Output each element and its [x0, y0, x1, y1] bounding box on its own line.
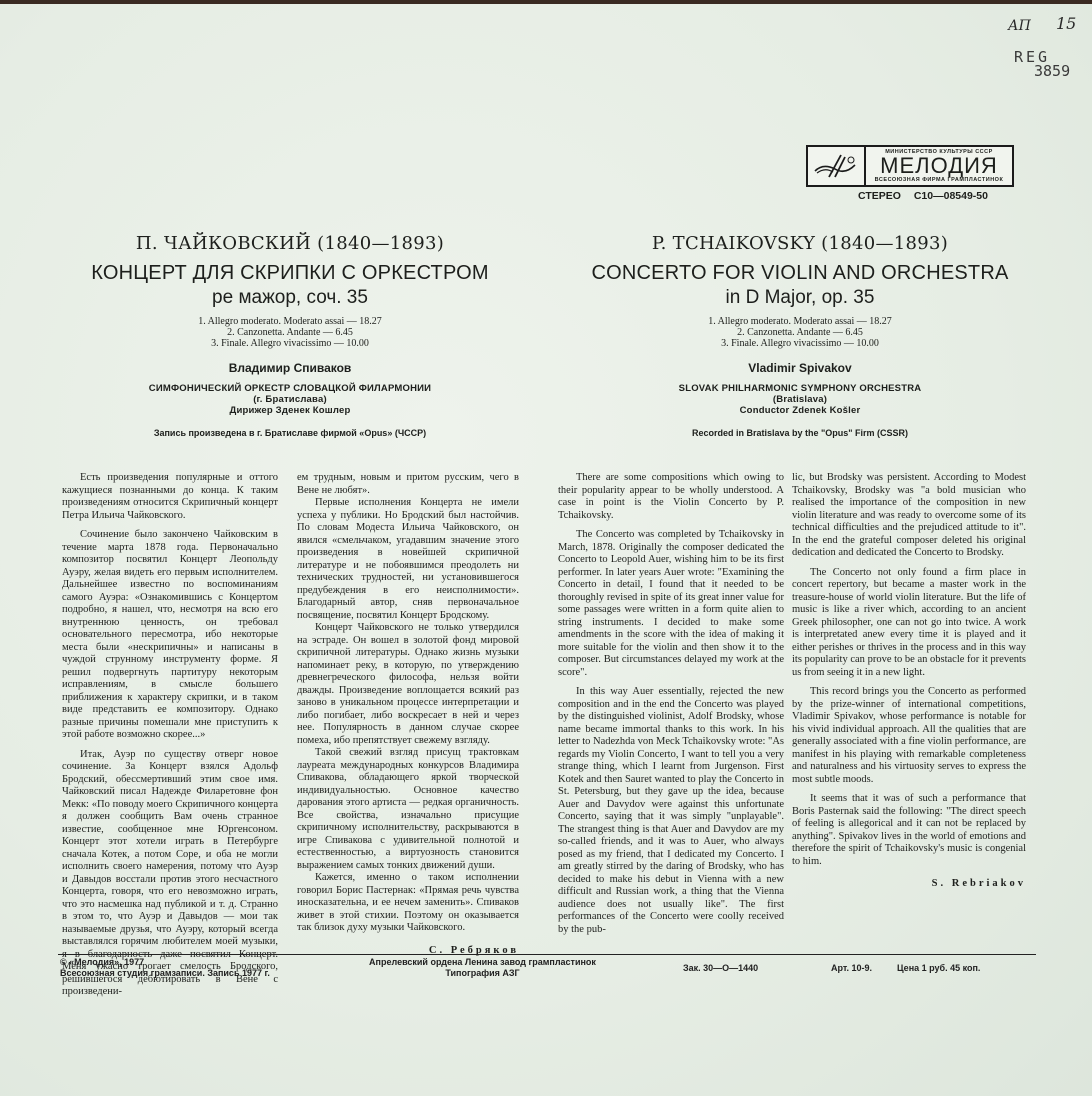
footer-article: Арт. 10-9.: [831, 963, 872, 974]
notes-paragraph: ем трудным, новым и притом русским, чего…: [297, 472, 519, 497]
work-title-ru: КОНЦЕРТ ДЛЯ СКРИПКИ С ОРКЕСТРОМ: [60, 260, 520, 286]
composer-years-ru: (1840—1893): [317, 233, 444, 254]
track-item: 3. Finale. Allegro vivacissimo — 10.00: [560, 338, 1040, 349]
registration-number: 3859: [1012, 64, 1092, 78]
composer-heading-ru: П. ЧАЙКОВСКИЙ (1840—1893): [60, 232, 520, 256]
notes-paragraph: In this way Auer essentially, rejected t…: [558, 686, 784, 936]
orchestra-credits-ru: СИМФОНИЧЕСКИЙ ОРКЕСТР СЛОВАЦКОЙ ФИЛАРМОН…: [60, 383, 520, 416]
melodiya-emblem-icon: [808, 147, 866, 185]
orchestra-city-ru: (г. Братислава): [60, 394, 520, 405]
notes-paragraph: lic, but Brodsky was persistent. Accordi…: [792, 472, 1026, 560]
soloist-en: Vladimir Spivakov: [560, 361, 1040, 375]
handwritten-note: АП: [1008, 18, 1031, 34]
notes-ru-column-1: Есть произведения популярные и оттого ка…: [62, 472, 278, 999]
footer-studio: Всесоюзная студия грамзаписи. Запись 197…: [60, 968, 270, 979]
track-item: 1. Allegro moderato. Moderato assai — 18…: [560, 316, 1040, 327]
work-title-en: CONCERTO FOR VIOLIN AND ORCHESTRA: [560, 260, 1040, 286]
track-item: 1. Allegro moderato. Moderato assai — 18…: [60, 316, 520, 327]
composer-heading-en: P. TCHAIKOVSKY (1840—1893): [560, 232, 1040, 256]
track-item: 2. Canzonetta. Andante — 6.45: [60, 327, 520, 338]
signature-en: S. Rebriakov: [792, 878, 1026, 891]
catalog-number: С10—08549-50: [914, 190, 988, 202]
footer-copyright-block: © «Мелодия», 1977 Всесоюзная студия грам…: [60, 957, 270, 979]
notes-paragraph: Первые исполнения Концерта не имели успе…: [297, 497, 519, 622]
soloist-ru: Владимир Спиваков: [60, 361, 520, 375]
track-list-ru: 1. Allegro moderato. Moderato assai — 18…: [60, 316, 520, 349]
orchestra-name-ru: СИМФОНИЧЕСКИЙ ОРКЕСТР СЛОВАЦКОЙ ФИЛАРМОН…: [60, 383, 520, 394]
notes-paragraph: There are some compositions which owing …: [558, 472, 784, 522]
notes-paragraph: The Concerto not only found a firm place…: [792, 567, 1026, 680]
track-item: 3. Finale. Allegro vivacissimo — 10.00: [60, 338, 520, 349]
recording-note-en: Recorded in Bratislava by the "Opus" Fir…: [560, 428, 1040, 438]
logo-brand: МЕЛОДИЯ: [880, 155, 998, 177]
notes-paragraph: It seems that it was of such a performan…: [792, 793, 1026, 868]
composer-name-ru: П. ЧАЙКОВСКИЙ: [136, 233, 311, 254]
work-key-ru: ре мажор, соч. 35: [60, 286, 520, 310]
recording-note-ru: Запись произведена в г. Братиславе фирмо…: [60, 428, 520, 438]
track-item: 2. Canzonetta. Andante — 6.45: [560, 327, 1040, 338]
footer-printer: Типография АЗГ: [345, 968, 620, 979]
orchestra-name-en: SLOVAK PHILHARMONIC SYMPHONY ORCHESTRA: [560, 383, 1040, 394]
registration-stamp: REG 3859: [1012, 50, 1092, 78]
track-list-en: 1. Allegro moderato. Moderato assai — 18…: [560, 316, 1040, 349]
orchestra-city-en: (Bratislava): [560, 394, 1040, 405]
notes-paragraph: Сочинение было закончено Чайковским в те…: [62, 529, 278, 742]
composer-years-en: (1840—1893): [821, 233, 948, 254]
notes-ru-column-2: ем трудным, новым и притом русским, чего…: [297, 472, 519, 964]
footer-plant: Апрелевский ордена Ленина завод грамплас…: [345, 957, 620, 968]
logo-subtitle: ВСЕСОЮЗНАЯ ФИРМА ГРАМПЛАСТИНОК: [875, 177, 1004, 183]
conductor-en: Conductor Zdenek Košler: [560, 405, 1040, 416]
notes-en-column-2: lic, but Brodsky was persistent. Accordi…: [792, 472, 1026, 898]
record-back-cover: АП 15 REG 3859 МИНИСТЕРСТВО КУЛЬТУРЫ ССС…: [0, 0, 1092, 1096]
footer-order: Зак. 30—О—1440: [683, 963, 758, 974]
notes-paragraph: Такой свежий взгляд присущ трактовкам ла…: [297, 747, 519, 872]
notes-paragraph: Есть произведения популярные и оттого ка…: [62, 472, 278, 522]
notes-paragraph: Концерт Чайковского не только утвердился…: [297, 622, 519, 747]
notes-en-column-1: There are some compositions which owing …: [558, 472, 784, 936]
format-label: СТЕРЕО: [858, 190, 901, 202]
notes-paragraph: Кажется, именно о таком исполнении говор…: [297, 872, 519, 935]
catalog-line: СТЕРЕО С10—08549-50: [858, 190, 988, 202]
footer-copyright: © «Мелодия», 1977: [60, 957, 270, 968]
orchestra-credits-en: SLOVAK PHILHARMONIC SYMPHONY ORCHESTRA (…: [560, 383, 1040, 416]
cover-top-edge: [0, 0, 1092, 4]
conductor-ru: Дирижер Зденек Кошлер: [60, 405, 520, 416]
footer-plant-block: Апрелевский ордена Ленина завод грамплас…: [345, 957, 620, 979]
russian-title-block: П. ЧАЙКОВСКИЙ (1840—1893) КОНЦЕРТ ДЛЯ СК…: [60, 232, 520, 438]
melodiya-logo: МИНИСТЕРСТВО КУЛЬТУРЫ СССР МЕЛОДИЯ ВСЕСО…: [806, 145, 1014, 187]
composer-name-en: P. TCHAIKOVSKY: [652, 233, 815, 254]
footer-divider: [58, 954, 1036, 955]
notes-paragraph: The Concerto was completed by Tchaikovsk…: [558, 529, 784, 679]
signature-ru: С. Ребряков: [297, 945, 519, 958]
notes-paragraph: This record brings you the Concerto as p…: [792, 686, 1026, 786]
english-title-block: P. TCHAIKOVSKY (1840—1893) CONCERTO FOR …: [560, 232, 1040, 438]
work-key-en: in D Major, op. 35: [560, 286, 1040, 310]
handwritten-number: 15: [1056, 14, 1076, 33]
footer-price: Цена 1 руб. 45 коп.: [897, 963, 980, 974]
